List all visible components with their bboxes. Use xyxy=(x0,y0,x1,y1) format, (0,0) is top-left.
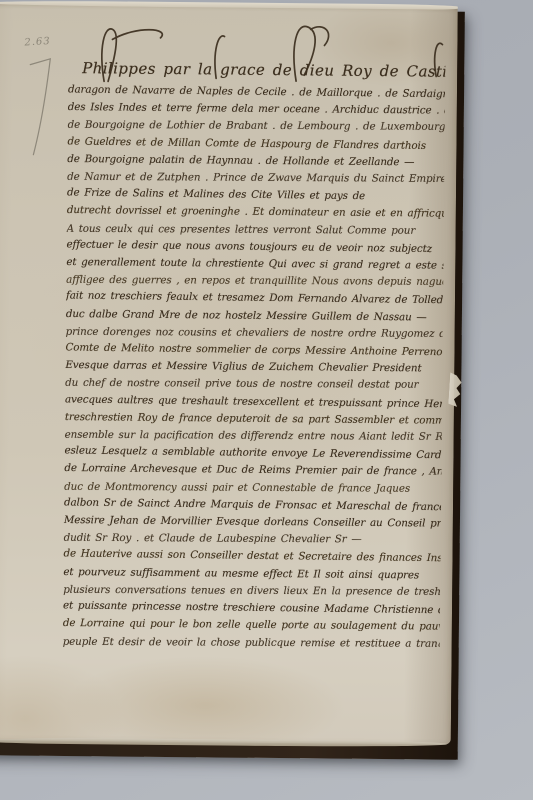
manuscript-title-line: Philippes par la grace de dieu Roy de Ca… xyxy=(82,59,445,80)
manuscript-page: 2.63 Philippes par la grace de dieu Roy … xyxy=(0,2,458,745)
manuscript-text: Philippes par la grace de dieu Roy de Ca… xyxy=(62,51,445,675)
manuscript-body-lines: daragon de Navarre de Naples de Cecile .… xyxy=(63,82,445,653)
photo-backdrop: 2.63 Philippes par la grace de dieu Roy … xyxy=(0,0,533,800)
folio-number: 2.63 xyxy=(24,36,51,49)
manuscript-line: peuple Et desir de veoir la chose public… xyxy=(63,633,440,652)
